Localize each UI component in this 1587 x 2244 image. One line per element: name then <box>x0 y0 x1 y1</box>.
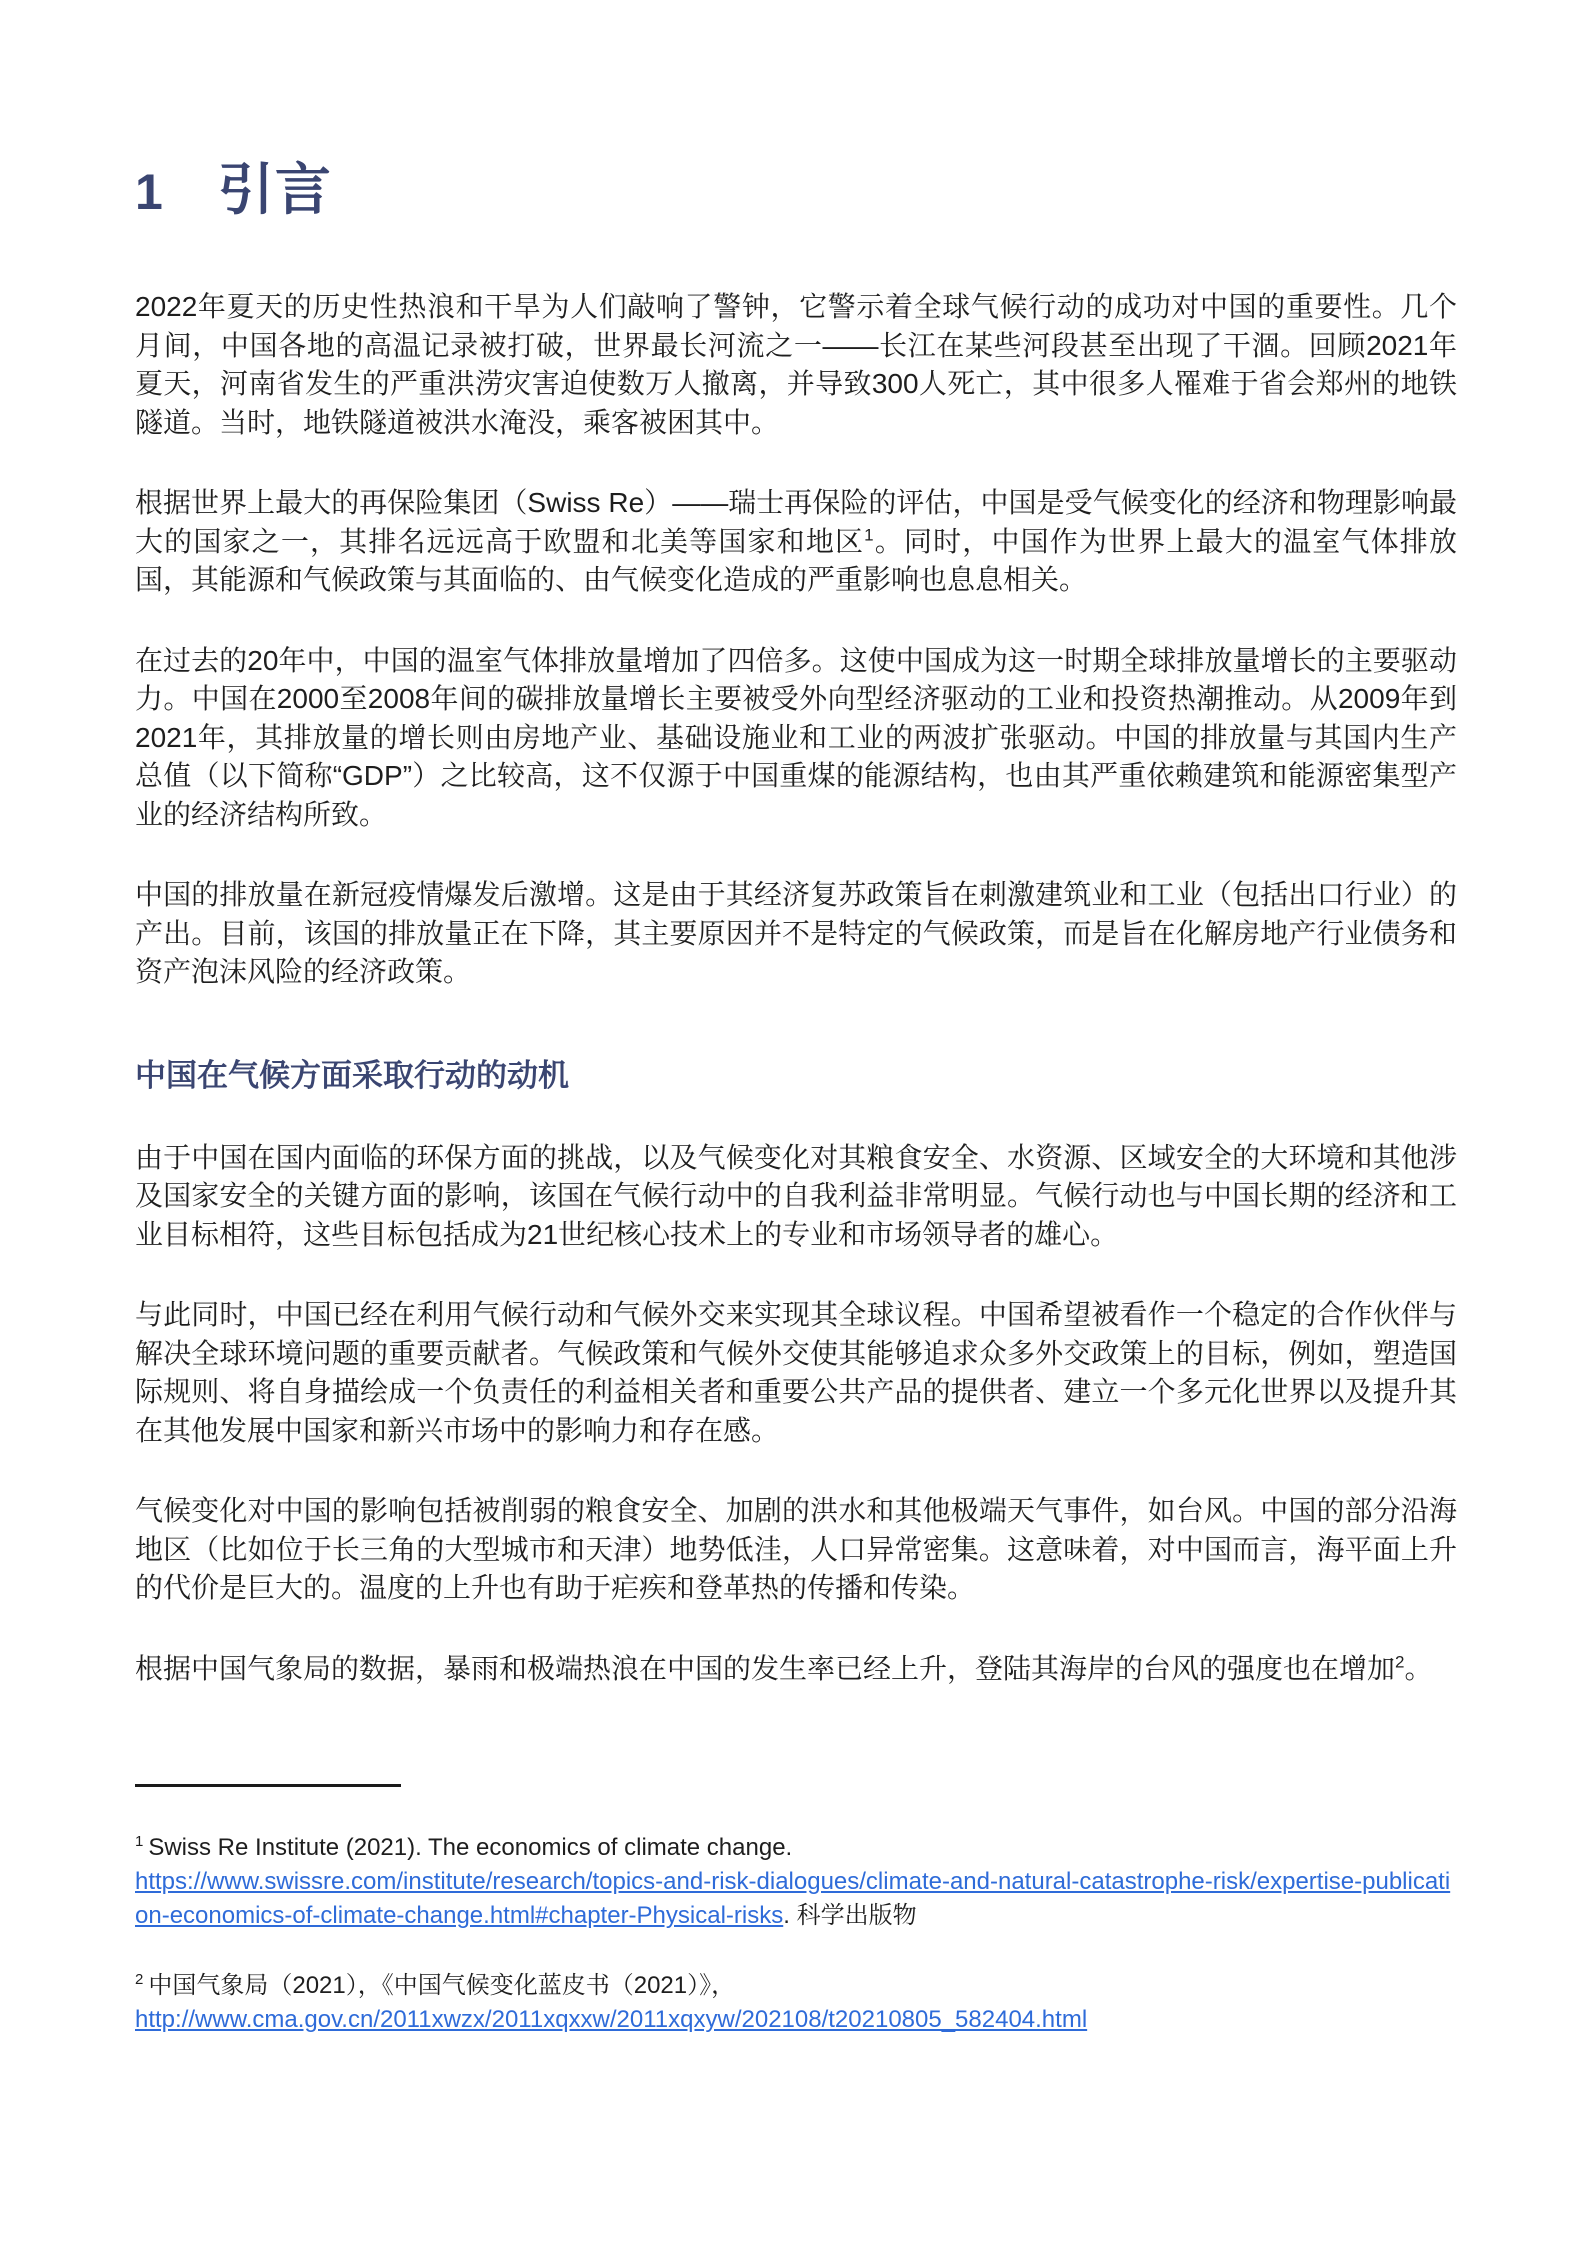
footnote-area: 1Swiss Re Institute (2021). The economic… <box>135 1784 1457 2037</box>
paragraph-2: 根据世界上最大的再保险集团（Swiss Re）——瑞士再保险的评估，中国是受气候… <box>135 484 1457 600</box>
paragraph-4: 中国的排放量在新冠疫情爆发后激增。这是由于其经济复苏政策旨在刺激建筑业和工业（包… <box>135 876 1457 992</box>
body-text: 2022年夏天的历史性热浪和干旱为人们敲响了警钟，它警示着全球气候行动的成功对中… <box>135 288 1457 1688</box>
paragraph-6: 与此同时，中国已经在利用气候行动和气候外交来实现其全球议程。中国希望被看作一个稳… <box>135 1296 1457 1450</box>
footnote-1-suffix: . 科学出版物 <box>783 1902 916 1929</box>
paragraph-8: 根据中国气象局的数据，暴雨和极端热浪在中国的发生率已经上升，登陆其海岸的台风的强… <box>135 1650 1457 1689</box>
chapter-title: 1 引言 <box>135 146 1457 226</box>
paragraph-1: 2022年夏天的历史性热浪和干旱为人们敲响了警钟，它警示着全球气候行动的成功对中… <box>135 288 1457 442</box>
document-page: 1 引言 2022年夏天的历史性热浪和干旱为人们敲响了警钟，它警示着全球气候行动… <box>0 0 1587 2244</box>
paragraph-3: 在过去的20年中，中国的温室气体排放量增加了四倍多。这使中国成为这一时期全球排放… <box>135 642 1457 835</box>
paragraph-8-text-cont: 。 <box>1404 1653 1432 1684</box>
paragraph-7: 气候变化对中国的影响包括被削弱的粮食安全、加剧的洪水和其他极端天气事件，如台风。… <box>135 1492 1457 1608</box>
footnote-1: 1Swiss Re Institute (2021). The economic… <box>135 1831 1457 1933</box>
chapter-number: 1 <box>135 163 164 221</box>
chapter-title-text: 引言 <box>218 146 332 226</box>
footnote-2-marker: 2 <box>135 1971 143 1988</box>
footnote-ref-1: 1 <box>864 525 873 544</box>
footnote-1-marker: 1 <box>135 1833 143 1850</box>
footnote-2: 2中国气象局（2021），《中国气候变化蓝皮书（2021）》， http://w… <box>135 1969 1457 2037</box>
footnote-2-text: 中国气象局（2021），《中国气候变化蓝皮书（2021）》， <box>148 1972 735 1999</box>
footnote-1-text: Swiss Re Institute (2021). The economics… <box>148 1834 792 1861</box>
footnote-divider <box>135 1784 401 1787</box>
footnote-2-link[interactable]: http://www.cma.gov.cn/2011xwzx/2011xqxxw… <box>135 2006 1087 2033</box>
section-heading: 中国在气候方面采取行动的动机 <box>135 1050 1457 1095</box>
paragraph-5: 由于中国在国内面临的环保方面的挑战，以及气候变化对其粮食安全、水资源、区域安全的… <box>135 1139 1457 1255</box>
paragraph-8-text: 根据中国气象局的数据，暴雨和极端热浪在中国的发生率已经上升，登陆其海岸的台风的强… <box>135 1653 1395 1684</box>
